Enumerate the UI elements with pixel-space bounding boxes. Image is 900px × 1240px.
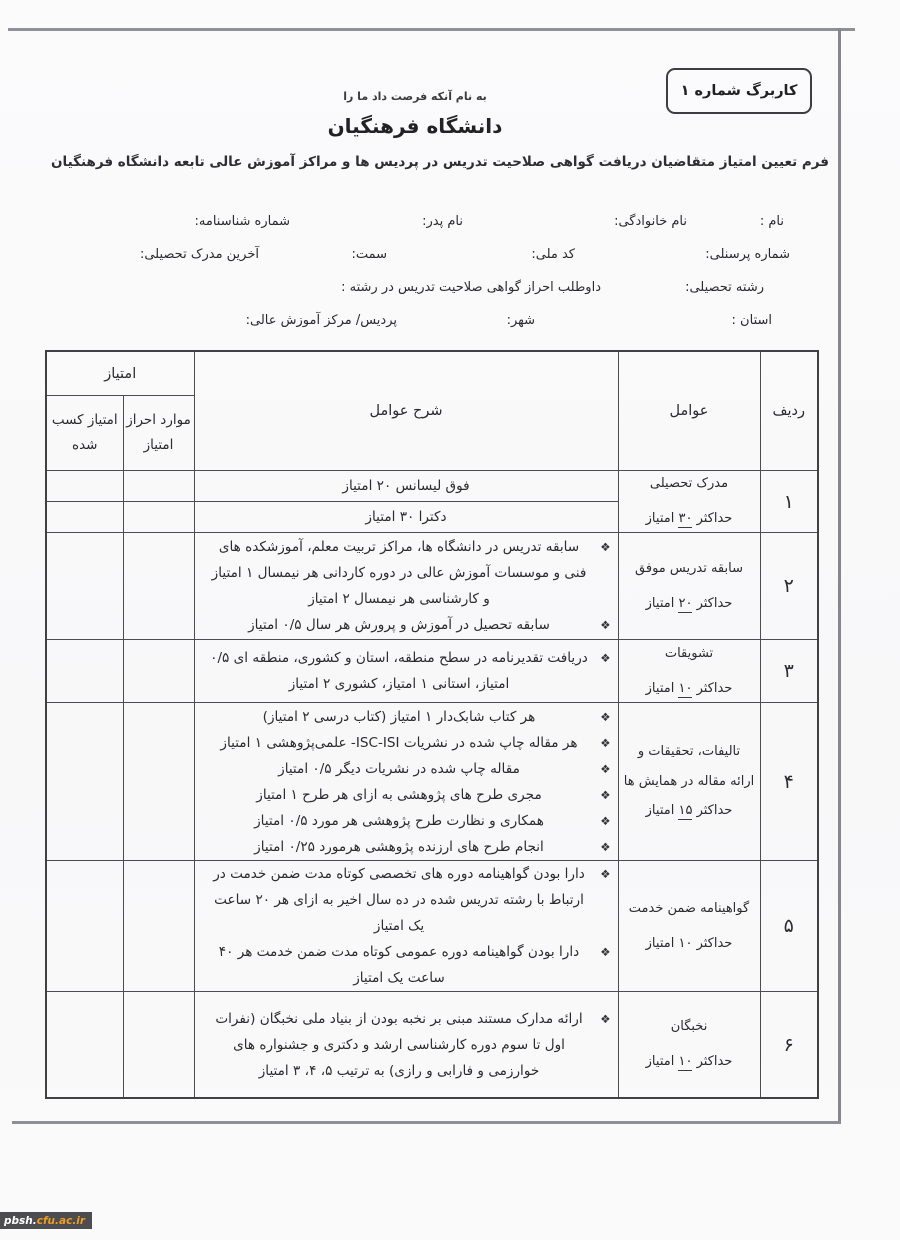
diamond-bullet-icon: ❖ xyxy=(600,534,610,560)
field-label-study-field: رشته تحصیلی: xyxy=(685,280,764,295)
field-label-id-number: شماره شناسنامه: xyxy=(195,214,290,229)
score-cases-cell xyxy=(123,703,194,861)
score-earned-cell xyxy=(46,533,123,640)
score-earned-cell xyxy=(46,471,123,502)
factor-title: تالیفات، تحقیقات و xyxy=(619,743,760,761)
row-number: ۱ xyxy=(760,471,818,533)
desc-item-text: دریافت تقدیرنامه در سطح منطقه، استان و ک… xyxy=(210,650,588,692)
diamond-bullet-icon: ❖ xyxy=(600,704,610,730)
diamond-bullet-icon: ❖ xyxy=(600,939,610,965)
desc-item-text: دارا بودن گواهینامه دوره های تخصصی کوتاه… xyxy=(213,866,585,934)
header-row-no: ردیف xyxy=(760,351,818,471)
desc-item: ❖دارا بودن گواهینامه دوره عمومی کوتاه مد… xyxy=(195,939,618,991)
watermark-url-domain: cfu.ac.ir xyxy=(37,1215,85,1227)
factor-cell: گواهینامه ضمن خدمت حداکثر ۱۰ امتیاز xyxy=(618,861,760,992)
score-cases-cell xyxy=(123,533,194,640)
bismillah-line: به نام آنکه فرصت داد ما را xyxy=(0,90,830,103)
row-number: ۶ xyxy=(760,992,818,1099)
table-row: ۱ مدرک تحصیلی حداکثر ۳۰ امتیاز فوق لیسان… xyxy=(46,471,818,502)
desc-item-text: همکاری و نظارت طرح پژوهشی هر مورد ۰/۵ ام… xyxy=(254,813,544,829)
score-table-grid: ردیف عوامل شرح عوامل امتیاز موارد احراز … xyxy=(45,350,819,1099)
score-earned-cell xyxy=(46,703,123,861)
watermark-url-prefix: pbsh. xyxy=(4,1215,37,1227)
desc-item-text: دارا بودن گواهینامه دوره عمومی کوتاه مدت… xyxy=(219,944,579,986)
factor-cell: مدرک تحصیلی حداکثر ۳۰ امتیاز xyxy=(618,471,760,533)
table-row: ۴ تالیفات، تحقیقات و ارائه مقاله در همای… xyxy=(46,703,818,861)
header-factors-desc: شرح عوامل xyxy=(194,351,618,471)
table-row: ۵ گواهینامه ضمن خدمت حداکثر ۱۰ امتیاز ❖د… xyxy=(46,861,818,992)
desc-item: ❖انجام طرح های ارزنده پژوهشی هرمورد ۰/۲۵… xyxy=(195,834,618,860)
desc-item-text: فوق لیسانس ۲۰ امتیاز xyxy=(194,471,618,502)
field-label-father-name: نام پدر: xyxy=(422,214,463,229)
desc-cell: ❖ارائه مدارک مستند مبنی بر نخبه بودن از … xyxy=(194,992,618,1099)
desc-cell: ❖دریافت تقدیرنامه در سطح منطقه، استان و … xyxy=(194,640,618,703)
factor-title: تشویقات xyxy=(619,645,760,663)
score-earned-cell xyxy=(46,861,123,992)
factor-title: ارائه مقاله در همایش ها xyxy=(619,773,760,791)
desc-item-text: سابقه تدریس در دانشگاه ها، مراکز تربیت م… xyxy=(212,539,587,607)
field-label-position: سمت: xyxy=(351,247,387,262)
field-label-name: نام : xyxy=(760,214,784,229)
field-label-family-name: نام خانوادگی: xyxy=(614,214,687,229)
diamond-bullet-icon: ❖ xyxy=(600,1006,610,1032)
score-cases-cell xyxy=(123,640,194,703)
factor-max: حداکثر ۱۰ امتیاز xyxy=(619,680,760,698)
desc-item-text: مقاله چاپ شده در نشریات دیگر ۰/۵ امتیاز xyxy=(278,761,520,777)
desc-item: ❖هر مقاله چاپ شده در نشریات ISC-ISI- علم… xyxy=(195,730,618,756)
desc-item: ❖ارائه مدارک مستند مبنی بر نخبه بودن از … xyxy=(195,1006,618,1084)
score-earned-cell xyxy=(46,640,123,703)
diamond-bullet-icon: ❖ xyxy=(600,612,610,638)
factor-title: مدرک تحصیلی xyxy=(619,475,760,493)
header-score-earned: امتیاز کسب شده xyxy=(46,396,123,471)
diamond-bullet-icon: ❖ xyxy=(600,861,610,887)
field-label-applicant-field: داوطلب احراز گواهی صلاحیت تدریس در رشته … xyxy=(341,280,601,295)
desc-item: ❖همکاری و نظارت طرح پژوهشی هر مورد ۰/۵ ا… xyxy=(195,808,618,834)
diamond-bullet-icon: ❖ xyxy=(600,782,610,808)
field-label-last-degree: آخرین مدرک تحصیلی: xyxy=(140,247,259,262)
row-number: ۳ xyxy=(760,640,818,703)
page-frame-right xyxy=(838,28,841,1124)
field-label-personnel-number: شماره پرسنلی: xyxy=(705,247,790,262)
diamond-bullet-icon: ❖ xyxy=(600,645,610,671)
desc-item-text: انجام طرح های ارزنده پژوهشی هرمورد ۰/۲۵ … xyxy=(254,839,544,855)
diamond-bullet-icon: ❖ xyxy=(600,808,610,834)
header-factors: عوامل xyxy=(618,351,760,471)
desc-item-text: ارائه مدارک مستند مبنی بر نخبه بودن از ب… xyxy=(215,1011,582,1079)
desc-item-text: دکترا ۳۰ امتیاز xyxy=(194,502,618,533)
factor-max: حداکثر ۱۰ امتیاز xyxy=(619,1053,760,1071)
desc-cell: ❖دارا بودن گواهینامه دوره های تخصصی کوتا… xyxy=(194,861,618,992)
table-row: ۶ نخبگان حداکثر ۱۰ امتیاز ❖ارائه مدارک م… xyxy=(46,992,818,1099)
scanned-form-page: کاربرگ شماره ۱ به نام آنکه فرصت داد ما ر… xyxy=(0,0,900,1240)
score-earned-cell xyxy=(46,502,123,533)
desc-item: ❖دارا بودن گواهینامه دوره های تخصصی کوتا… xyxy=(195,861,618,939)
factor-max: حداکثر ۱۰ امتیاز xyxy=(619,935,760,953)
desc-item-text: مجری طرح های پژوهشی به ازای هر طرح ۱ امت… xyxy=(256,787,542,803)
desc-item-text: هر کتاب شابک‌دار ۱ امتیاز (کتاب درسی ۲ ا… xyxy=(263,709,536,725)
row-number: ۲ xyxy=(760,533,818,640)
desc-item: ❖سابقه تحصیل در آموزش و پرورش هر سال ۰/۵… xyxy=(195,612,618,638)
field-label-city: شهر: xyxy=(507,313,535,328)
row-number: ۵ xyxy=(760,861,818,992)
table-row: ۳ تشویقات حداکثر ۱۰ امتیاز ❖دریافت تقدیر… xyxy=(46,640,818,703)
desc-item: ❖مقاله چاپ شده در نشریات دیگر ۰/۵ امتیاز xyxy=(195,756,618,782)
diamond-bullet-icon: ❖ xyxy=(600,834,610,860)
form-title: فرم تعیین امتیاز متقاضیان دریافت گواهی ص… xyxy=(0,154,880,170)
factor-max: حداکثر ۱۵ امتیاز xyxy=(619,802,760,820)
field-label-campus: پردیس/ مرکز آموزش عالی: xyxy=(246,313,397,328)
factor-title: نخبگان xyxy=(619,1018,760,1036)
field-label-province: استان : xyxy=(732,313,772,328)
factor-max: حداکثر ۳۰ امتیاز xyxy=(619,510,760,528)
university-title: دانشگاه فرهنگیان xyxy=(0,114,830,138)
score-earned-cell xyxy=(46,992,123,1099)
desc-item: ❖هر کتاب شابک‌دار ۱ امتیاز (کتاب درسی ۲ … xyxy=(195,704,618,730)
factor-cell: سابقه تدریس موفق حداکثر ۲۰ امتیاز xyxy=(618,533,760,640)
score-cases-cell xyxy=(123,502,194,533)
factor-cell: تشویقات حداکثر ۱۰ امتیاز xyxy=(618,640,760,703)
score-cases-cell xyxy=(123,861,194,992)
desc-item-text: هر مقاله چاپ شده در نشریات ISC-ISI- علمی… xyxy=(220,735,577,751)
factor-cell: تالیفات، تحقیقات و ارائه مقاله در همایش … xyxy=(618,703,760,861)
desc-item-text: سابقه تحصیل در آموزش و پرورش هر سال ۰/۵ … xyxy=(248,617,550,633)
desc-item: ❖سابقه تدریس در دانشگاه ها، مراکز تربیت … xyxy=(195,534,618,612)
score-table: ردیف عوامل شرح عوامل امتیاز موارد احراز … xyxy=(45,350,819,1099)
diamond-bullet-icon: ❖ xyxy=(600,756,610,782)
desc-cell: ❖هر کتاب شابک‌دار ۱ امتیاز (کتاب درسی ۲ … xyxy=(194,703,618,861)
score-cases-cell xyxy=(123,992,194,1099)
table-row: ۲ سابقه تدریس موفق حداکثر ۲۰ امتیاز ❖ساب… xyxy=(46,533,818,640)
factor-cell: نخبگان حداکثر ۱۰ امتیاز xyxy=(618,992,760,1099)
header-score: امتیاز xyxy=(46,351,194,396)
factor-title: سابقه تدریس موفق xyxy=(619,560,760,578)
header-score-cases: موارد احراز امتیاز xyxy=(123,396,194,471)
field-label-national-code: کد ملی: xyxy=(531,247,575,262)
score-cases-cell xyxy=(123,471,194,502)
page-frame-bottom xyxy=(12,1121,841,1124)
factor-max: حداکثر ۲۰ امتیاز xyxy=(619,595,760,613)
desc-cell: ❖سابقه تدریس در دانشگاه ها، مراکز تربیت … xyxy=(194,533,618,640)
factor-title: گواهینامه ضمن خدمت xyxy=(619,900,760,918)
page-frame-top xyxy=(8,28,855,31)
desc-item: ❖مجری طرح های پژوهشی به ازای هر طرح ۱ ام… xyxy=(195,782,618,808)
watermark-url-bar: pbsh.cfu.ac.ir xyxy=(0,1212,92,1229)
row-number: ۴ xyxy=(760,703,818,861)
desc-item: ❖دریافت تقدیرنامه در سطح منطقه، استان و … xyxy=(195,645,618,697)
diamond-bullet-icon: ❖ xyxy=(600,730,610,756)
